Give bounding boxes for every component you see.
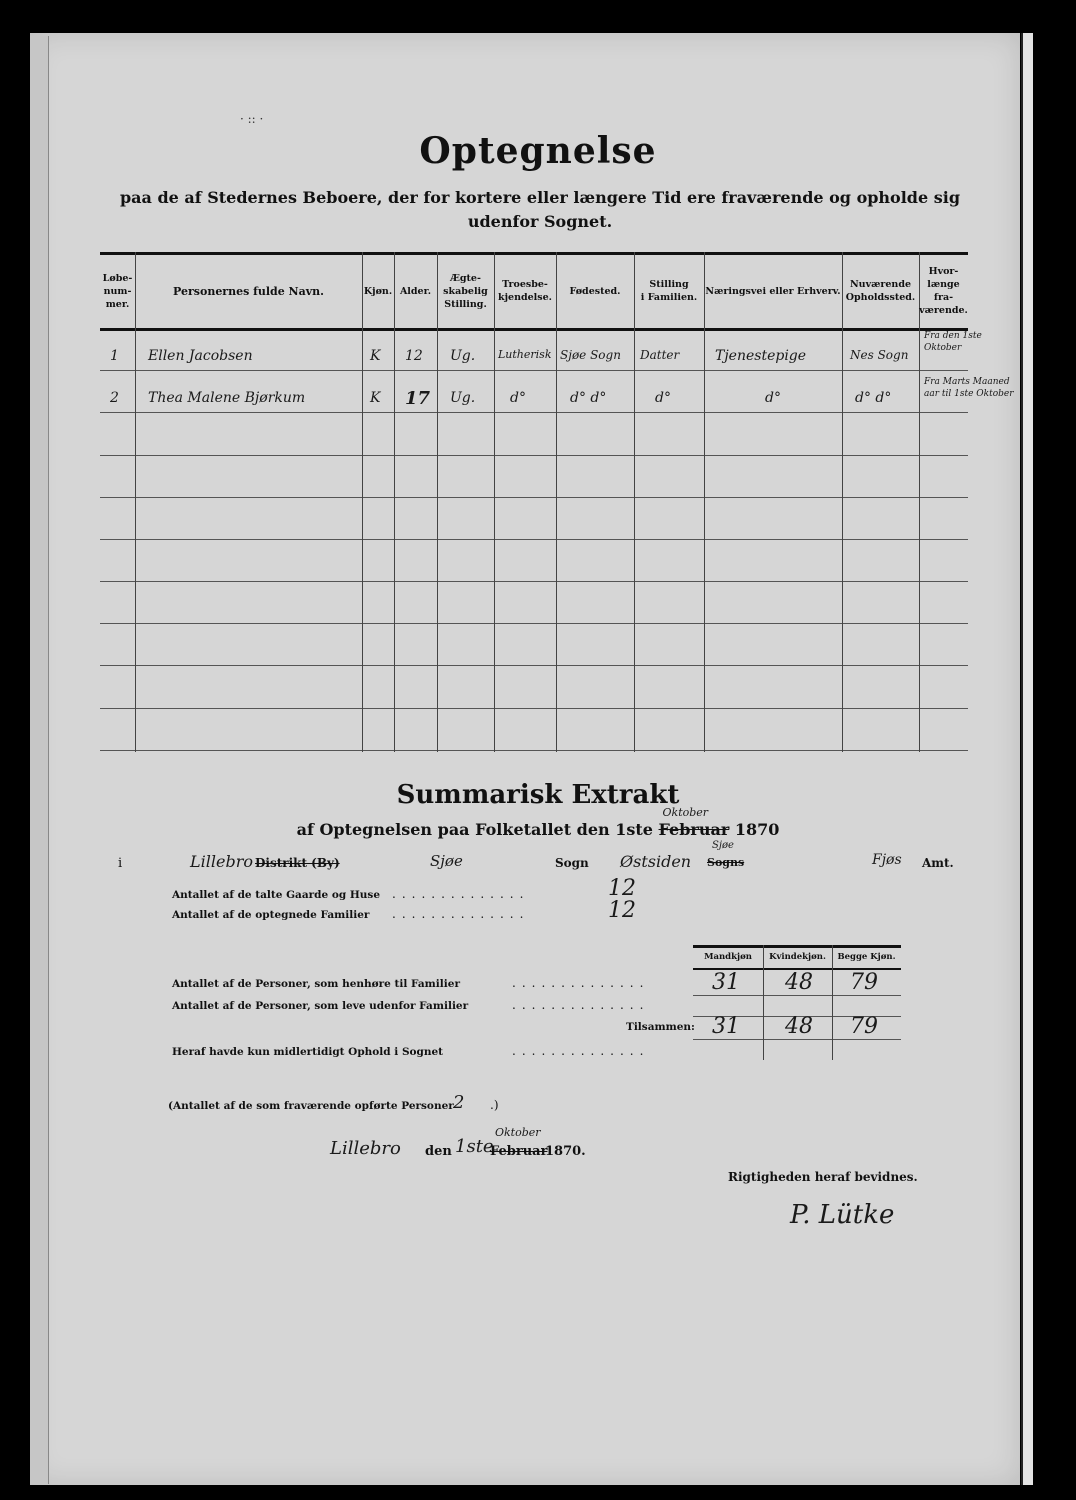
page-subtitle: paa de af Stedernes Beboere, der for kor… [110, 186, 970, 234]
table-top-rule [100, 252, 968, 255]
page-title: Optegnelse [0, 130, 1076, 172]
date-den: den [425, 1144, 452, 1159]
occupation: d° [765, 390, 781, 406]
occupation: Tjenestepige [715, 348, 806, 364]
corner-marks: · :: · [240, 112, 263, 126]
count-grid-top-rule [693, 945, 901, 948]
header-marital: Ægte- skabelig Stilling. [437, 256, 494, 326]
absent-duration: Fra den 1ste Oktober [924, 330, 1020, 354]
total-female: 48 [785, 1014, 813, 1039]
row-number: 1 [110, 348, 119, 364]
religion: d° [510, 390, 526, 406]
absentees-table: Løbe- num- mer. Personernes fulde Navn. … [100, 252, 968, 752]
absent-duration: Fra Marts Maaned aar til 1ste Oktober [924, 376, 1020, 400]
date-place: Lillebro [330, 1138, 401, 1159]
temporary-residents-label: Heraf havde kun midlertidigt Ophold i So… [172, 1046, 443, 1058]
date-year: 1870. [545, 1144, 586, 1159]
marital-status: Ug. [450, 348, 475, 364]
person-name: Thea Malene Bjørkum [148, 390, 305, 406]
parish-struck: Sogns [707, 856, 744, 869]
location-prefix: i [118, 856, 122, 871]
dot-leader: .............. [392, 887, 529, 901]
persons-in-families-label: Antallet af de Personer, som henhøre til… [172, 978, 460, 990]
total-label: Tilsammen: [626, 1021, 695, 1033]
total-both: 79 [850, 1014, 878, 1039]
dot-leader: .............. [512, 998, 649, 1012]
header-birthplace: Fødested. [556, 256, 634, 326]
total-male: 31 [712, 1014, 740, 1039]
header-absent-duration: Hvor- længe fra- værende. [919, 256, 968, 326]
date-day: 1ste [455, 1136, 494, 1157]
count-families-value: 12 [608, 898, 636, 923]
subtitle-line-1: paa de af Stedernes Beboere, der for kor… [110, 186, 970, 210]
person-name: Ellen Jacobsen [148, 348, 253, 364]
sex: K [370, 390, 380, 406]
header-both: Begge Kjøn. [832, 952, 901, 962]
parish-note: Sjøe [712, 840, 734, 851]
residence: Nes Sogn [850, 348, 908, 362]
birthplace: Sjøe Sogn [560, 348, 621, 362]
dot-leader: .............. [392, 907, 529, 921]
persons-in-families-both: 79 [850, 970, 878, 995]
dot-leader: .............. [512, 1044, 649, 1058]
absent-count-close: .) [490, 1098, 499, 1112]
persons-in-families-female: 48 [785, 970, 813, 995]
header-loebenummer: Løbe- num- mer. [100, 256, 135, 326]
date-written-month: Oktober [495, 1126, 541, 1139]
amt-label: Amt. [922, 856, 954, 870]
district-value-2: Sjøe [430, 852, 463, 870]
header-religion: Troesbe- kjendelse. [494, 256, 556, 326]
district-label: Distrikt (By) [255, 856, 340, 870]
birthplace: d° d° [570, 390, 606, 406]
amt-value: Fjøs [872, 852, 902, 868]
age: 17 [405, 388, 430, 409]
sex: K [370, 348, 380, 364]
table-header-rule [100, 328, 968, 331]
absent-count-label: (Antallet af de som fraværende opførte P… [168, 1100, 454, 1112]
religion: Lutherisk [498, 348, 552, 361]
persons-in-families-male: 31 [712, 970, 740, 995]
count-houses-label: Antallet af de talte Gaarde og Huse [172, 889, 380, 901]
summary-title: Summarisk Extrakt [0, 780, 1076, 810]
marital-status: Ug. [450, 390, 475, 406]
header-residence: Nuværende Opholdssted. [842, 256, 919, 326]
date-struck-month: Februar [490, 1144, 547, 1159]
persons-outside-families-label: Antallet af de Personer, som leve udenfo… [172, 1000, 468, 1012]
parish-label: Sogn [555, 856, 589, 870]
header-male: Mandkjøn [693, 952, 763, 962]
absent-count-value: 2 [453, 1092, 464, 1113]
residence: d° d° [855, 390, 891, 406]
count-families-label: Antallet af de optegnede Familier [172, 909, 369, 921]
district-value: Lillebro [190, 852, 253, 871]
signature: P. Lütke [790, 1200, 894, 1230]
certification-text: Rigtigheden heraf bevidnes. [728, 1170, 918, 1184]
header-name: Personernes fulde Navn. [135, 256, 362, 326]
summary-subtitle: af Optegnelsen paa Folketallet den 1ste … [0, 820, 1076, 839]
page-edge-right [1021, 33, 1033, 1485]
document-page [30, 33, 1020, 1485]
subtitle-line-2: udenfor Sognet. [110, 210, 970, 234]
header-sex: Kjøn. [362, 256, 394, 326]
age: 12 [405, 348, 423, 364]
header-family-position: Stilling i Familien. [634, 256, 704, 326]
row-number: 2 [110, 390, 119, 406]
header-occupation: Næringsvei eller Erhverv. [704, 256, 842, 326]
family-position: d° [655, 390, 671, 406]
header-female: Kvindekjøn. [763, 952, 832, 962]
family-position: Datter [640, 348, 679, 362]
dot-leader: .............. [512, 976, 649, 990]
header-age: Alder. [394, 256, 437, 326]
parish-value: Østsiden [620, 852, 691, 871]
page-edge-left [30, 36, 49, 1484]
